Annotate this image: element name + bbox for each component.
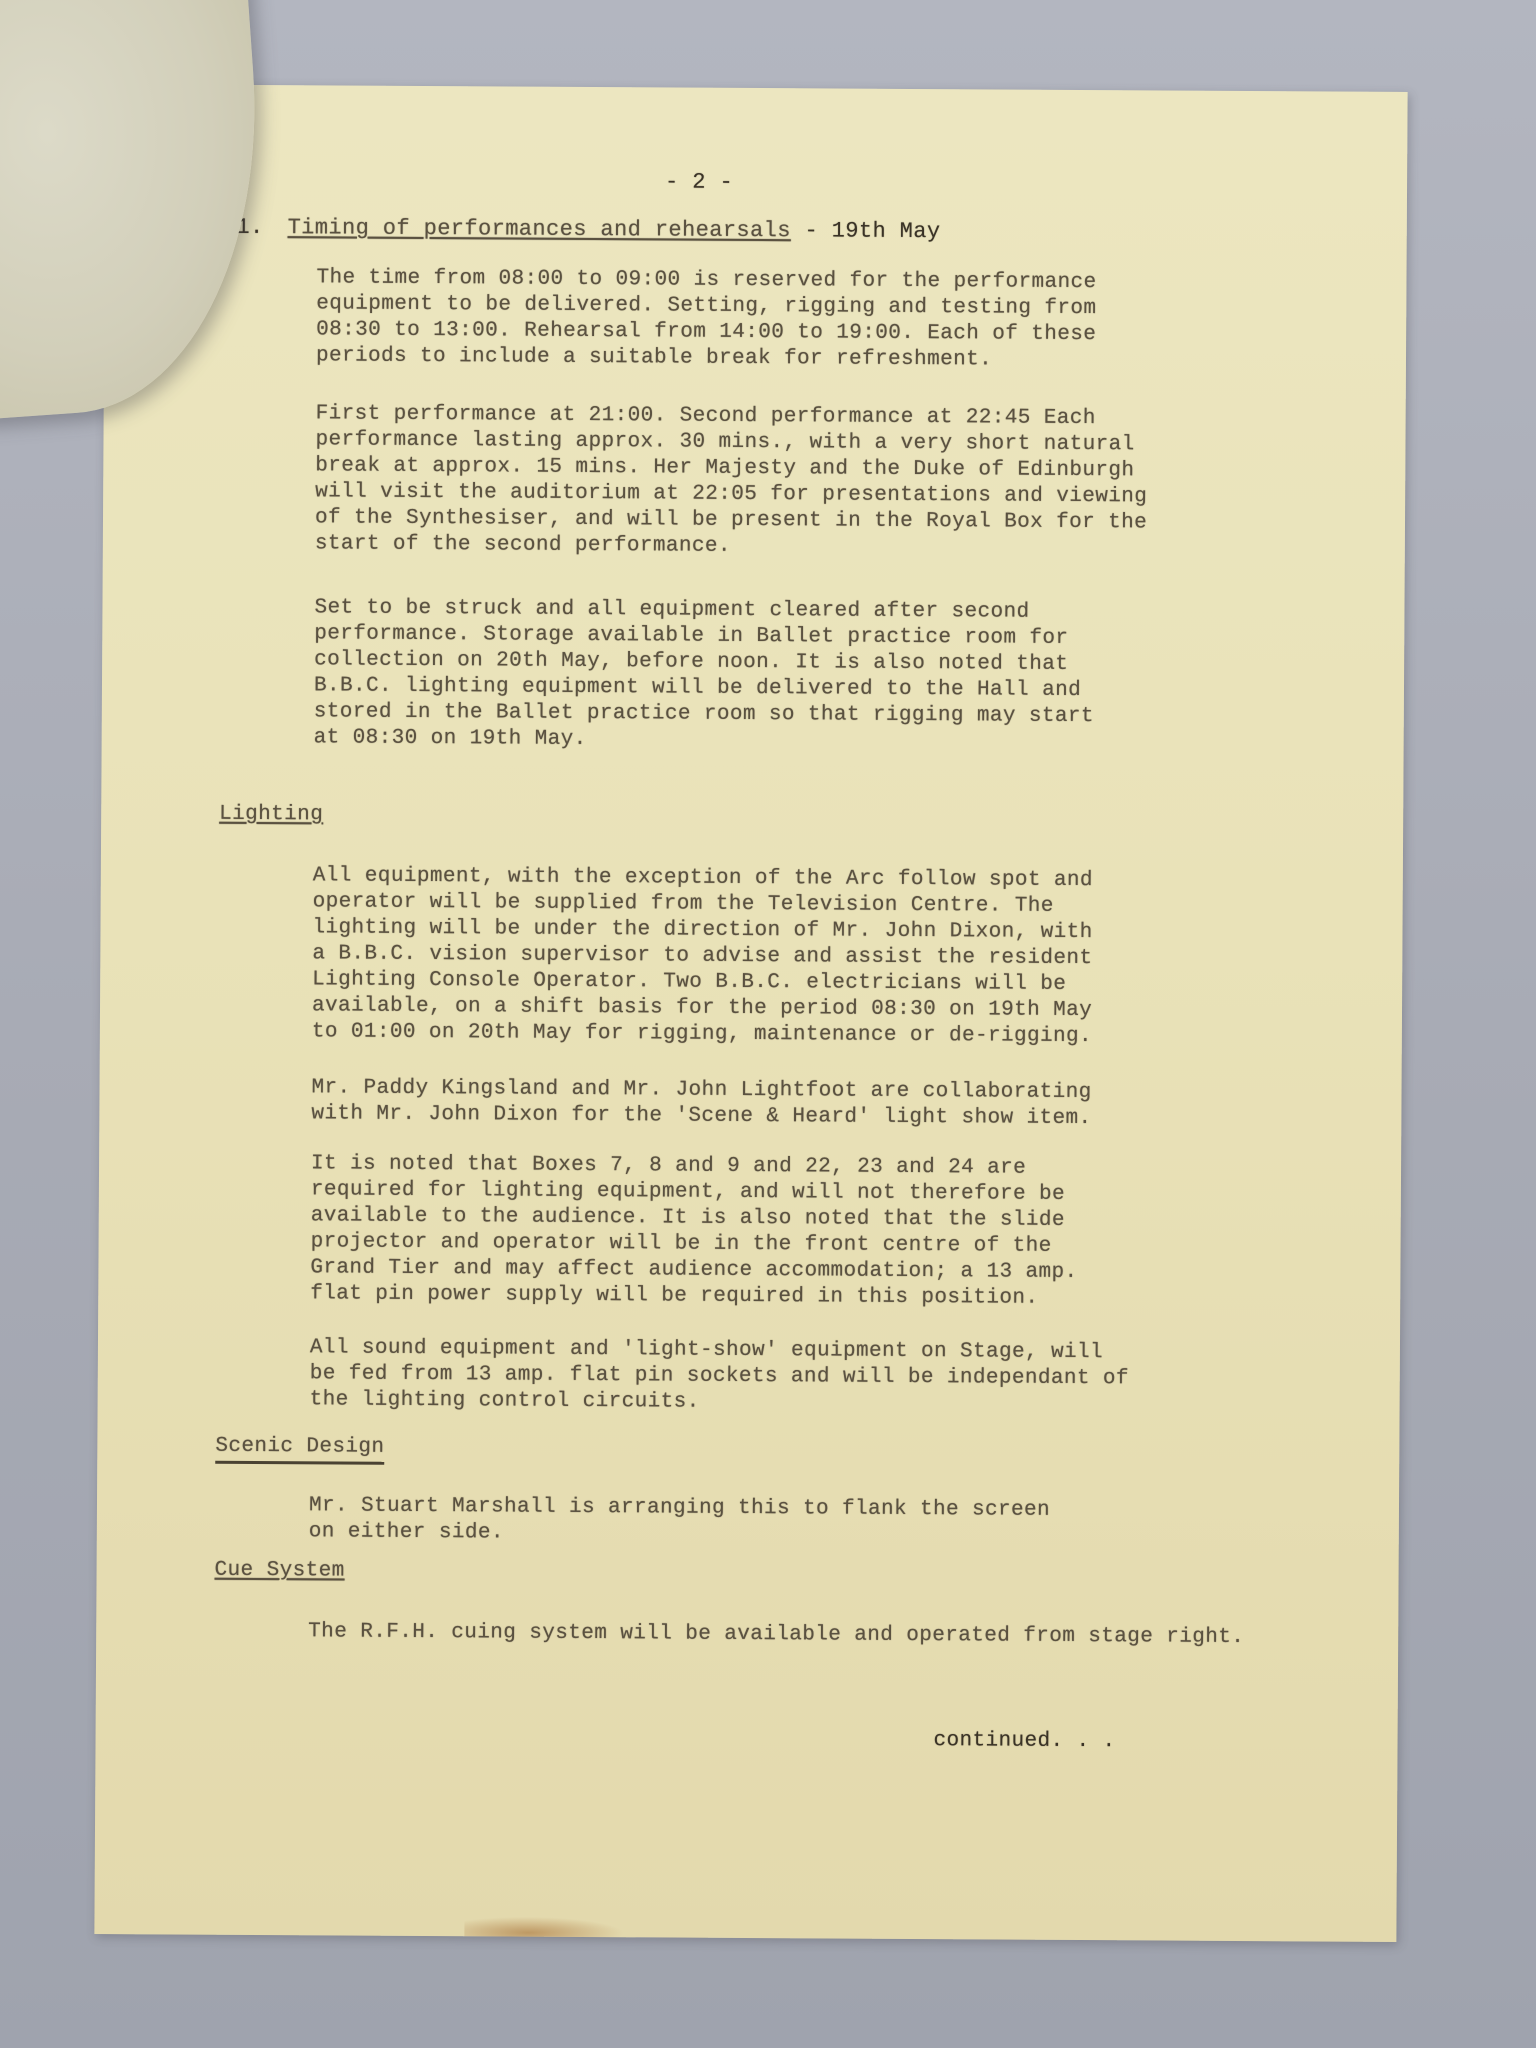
timing-paragraph-1: The time from 08:00 to 09:00 is reserved… [316,265,1217,374]
section-11-heading: 11.Timing of performances and rehearsals… [223,215,941,244]
lighting-paragraph-3: It is noted that Boxes 7, 8 and 9 and 22… [310,1151,1211,1312]
cue-system-heading: Cue System [215,1559,345,1583]
typewritten-page: - 2 - 11.Timing of performances and rehe… [94,84,1407,1942]
section-title-suffix: - 19th May [804,218,940,244]
section-title: Timing of performances and rehearsals [288,215,791,243]
lighting-paragraph-4: All sound equipment and 'light-show' equ… [310,1335,1210,1418]
timing-paragraph-3: Set to be struck and all equipment clear… [314,595,1215,756]
scenic-design-heading: Scenic Design [215,1435,384,1465]
paper-stain [464,1916,624,1937]
continued-note: continued. . . [933,1729,1115,1753]
lighting-heading: Lighting [219,803,323,827]
scenic-design-paragraph: Mr. Stuart Marshall is arranging this to… [309,1493,1209,1550]
cue-system-paragraph: The R.F.H. cuing system will be availabl… [308,1619,1308,1651]
lighting-paragraph-2: Mr. Paddy Kingsland and Mr. John Lightfo… [311,1075,1211,1132]
lighting-paragraph-1: All equipment, with the exception of the… [312,863,1213,1050]
timing-paragraph-2: First performance at 21:00. Second perfo… [315,401,1216,562]
page-number: - 2 - [665,169,733,194]
